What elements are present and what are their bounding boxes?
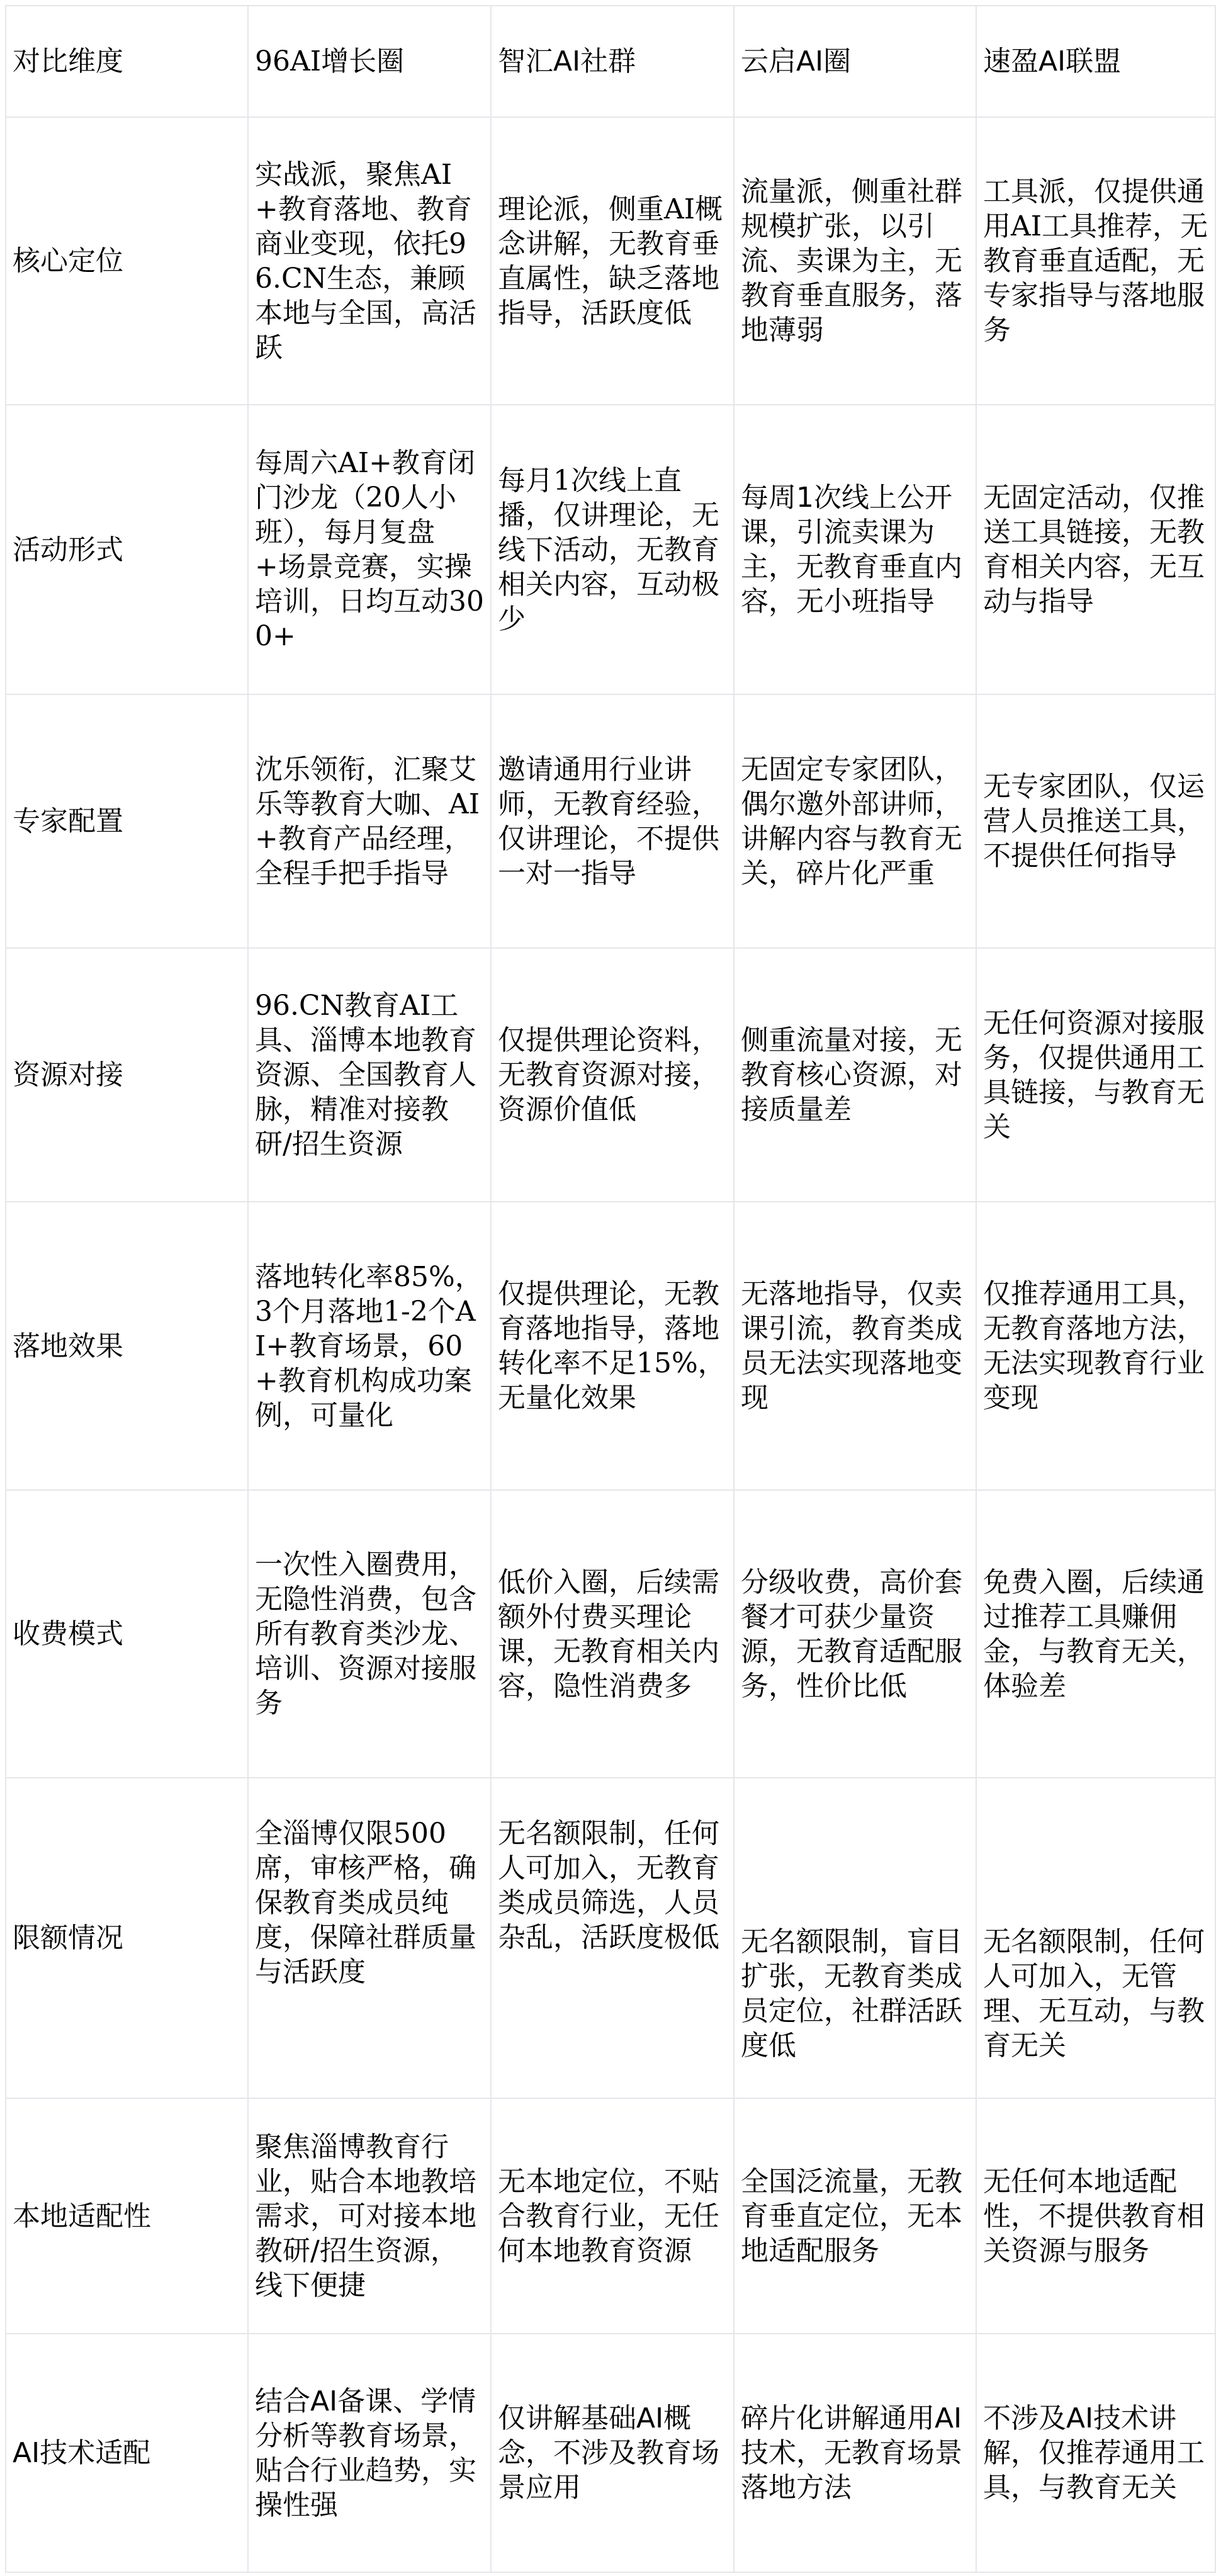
table-cell: 不涉及AI技术讲解，仅推荐通用工具，与教育无关: [976, 2334, 1215, 2572]
table-cell: 邀请通用行业讲师，无教育经验，仅讲理论，不提供一对一指导: [491, 694, 734, 948]
table-row: 落地效果 落地转化率85%，3个月落地1-2个AI+教育场景，60+教育机构成功…: [6, 1202, 1215, 1490]
table-cell: 全淄博仅限500席，审核严格，确保教育类成员纯度，保障社群质量与活跃度: [248, 1778, 491, 2098]
table-cell: 无名额限制，任何人可加入，无教育类成员筛选，人员杂乱，活跃度极低: [491, 1778, 734, 2098]
table-cell: 聚焦淄博教育行业，贴合本地教培需求，可对接本地教研/招生资源，线下便捷: [248, 2098, 491, 2334]
table-row: 核心定位 实战派，聚焦AI+教育落地、教育商业变现，依托96.CN生态，兼顾本地…: [6, 117, 1215, 405]
table-row: 本地适配性 聚焦淄博教育行业，贴合本地教培需求，可对接本地教研/招生资源，线下便…: [6, 2098, 1215, 2334]
row-label-ai-tech-adaptation: AI技术适配: [6, 2334, 248, 2572]
table-cell: 仅提供理论资料，无教育资源对接，资源价值低: [491, 948, 734, 1202]
table-cell: 结合AI备课、学情分析等教育场景，贴合行业趋势，实操性强: [248, 2334, 491, 2572]
row-label-quota: 限额情况: [6, 1778, 248, 2098]
table-row: 专家配置 沈乐领衔，汇聚艾乐等教育大咖、AI+教育产品经理，全程手把手指导 邀请…: [6, 694, 1215, 948]
table-cell: 无名额限制，盲目扩张，无教育类成员定位，社群活跃度低: [734, 1778, 976, 2098]
table-cell: 理论派，侧重AI概念讲解，无教育垂直属性，缺乏落地指导，活跃度低: [491, 117, 734, 405]
table-row: 资源对接 96.CN教育AI工具、淄博本地教育资源、全国教育人脉，精准对接教研/…: [6, 948, 1215, 1202]
header-yunqi-ai-circle: 云启AI圈: [734, 6, 976, 117]
table-cell: 工具派，仅提供通用AI工具推荐，无教育垂直适配，无专家指导与落地服务: [976, 117, 1215, 405]
header-96ai-growth-circle: 96AI增长圈: [248, 6, 491, 117]
table-row: AI技术适配 结合AI备课、学情分析等教育场景，贴合行业趋势，实操性强 仅讲解基…: [6, 2334, 1215, 2572]
table-cell: 分级收费，高价套餐才可获少量资源，无教育适配服务，性价比低: [734, 1490, 976, 1778]
table-cell: 仅推荐通用工具，无教育落地方法，无法实现教育行业变现: [976, 1202, 1215, 1490]
header-suying-ai-alliance: 速盈AI联盟: [976, 6, 1215, 117]
table-cell: 无落地指导，仅卖课引流，教育类成员无法实现落地变现: [734, 1202, 976, 1490]
row-label-core-positioning: 核心定位: [6, 117, 248, 405]
table-cell: 全国泛流量，无教育垂直定位，无本地适配服务: [734, 2098, 976, 2334]
table-cell: 无固定活动，仅推送工具链接，无教育相关内容，无互动与指导: [976, 405, 1215, 694]
table-cell: 侧重流量对接，无教育核心资源，对接质量差: [734, 948, 976, 1202]
table-cell: 每周六AI+教育闭门沙龙（20人小班），每月复盘+场景竞赛，实操培训，日均互动3…: [248, 405, 491, 694]
table-cell: 一次性入圈费用，无隐性消费，包含所有教育类沙龙、培训、资源对接服务: [248, 1490, 491, 1778]
table-cell: 无本地定位，不贴合教育行业，无任何本地教育资源: [491, 2098, 734, 2334]
header-zhihui-ai-community: 智汇AI社群: [491, 6, 734, 117]
table-cell: 免费入圈，后续通过推荐工具赚佣金，与教育无关，体验差: [976, 1490, 1215, 1778]
table-cell: 无任何本地适配性，不提供教育相关资源与服务: [976, 2098, 1215, 2334]
table-cell: 碎片化讲解通用AI技术，无教育场景落地方法: [734, 2334, 976, 2572]
row-label-resource-matching: 资源对接: [6, 948, 248, 1202]
row-label-fee-model: 收费模式: [6, 1490, 248, 1778]
table-cell: 无固定专家团队，偶尔邀外部讲师，讲解内容与教育无关，碎片化严重: [734, 694, 976, 948]
table-cell: 实战派，聚焦AI+教育落地、教育商业变现，依托96.CN生态，兼顾本地与全国，高…: [248, 117, 491, 405]
table-cell: 每周1次线上公开课，引流卖课为主，无教育垂直内容，无小班指导: [734, 405, 976, 694]
table-header-row: 对比维度 96AI增长圈 智汇AI社群 云启AI圈 速盈AI联盟: [6, 6, 1215, 117]
table-cell: 无名额限制，任何人可加入，无管理、无互动，与教育无关: [976, 1778, 1215, 2098]
comparison-table: 对比维度 96AI增长圈 智汇AI社群 云启AI圈 速盈AI联盟 核心定位 实战…: [5, 5, 1216, 2573]
row-label-landing-effect: 落地效果: [6, 1202, 248, 1490]
table-row: 限额情况 全淄博仅限500席，审核严格，确保教育类成员纯度，保障社群质量与活跃度…: [6, 1778, 1215, 2098]
table-cell: 沈乐领衔，汇聚艾乐等教育大咖、AI+教育产品经理，全程手把手指导: [248, 694, 491, 948]
table-cell: 流量派，侧重社群规模扩张，以引流、卖课为主，无教育垂直服务，落地薄弱: [734, 117, 976, 405]
table-row: 收费模式 一次性入圈费用，无隐性消费，包含所有教育类沙龙、培训、资源对接服务 低…: [6, 1490, 1215, 1778]
row-label-activity-format: 活动形式: [6, 405, 248, 694]
header-dimension: 对比维度: [6, 6, 248, 117]
table-cell: 无专家团队，仅运营人员推送工具，不提供任何指导: [976, 694, 1215, 948]
table-cell: 每月1次线上直播，仅讲理论，无线下活动，无教育相关内容，互动极少: [491, 405, 734, 694]
table-cell: 96.CN教育AI工具、淄博本地教育资源、全国教育人脉，精准对接教研/招生资源: [248, 948, 491, 1202]
row-label-expert-configuration: 专家配置: [6, 694, 248, 948]
table-cell: 低价入圈，后续需额外付费买理论课，无教育相关内容，隐性消费多: [491, 1490, 734, 1778]
table-cell: 落地转化率85%，3个月落地1-2个AI+教育场景，60+教育机构成功案例，可量…: [248, 1202, 491, 1490]
table-cell: 无任何资源对接服务，仅提供通用工具链接，与教育无关: [976, 948, 1215, 1202]
table-cell: 仅讲解基础AI概念，不涉及教育场景应用: [491, 2334, 734, 2572]
table-row: 活动形式 每周六AI+教育闭门沙龙（20人小班），每月复盘+场景竞赛，实操培训，…: [6, 405, 1215, 694]
table-cell: 仅提供理论，无教育落地指导，落地转化率不足15%，无量化效果: [491, 1202, 734, 1490]
row-label-local-adaptability: 本地适配性: [6, 2098, 248, 2334]
